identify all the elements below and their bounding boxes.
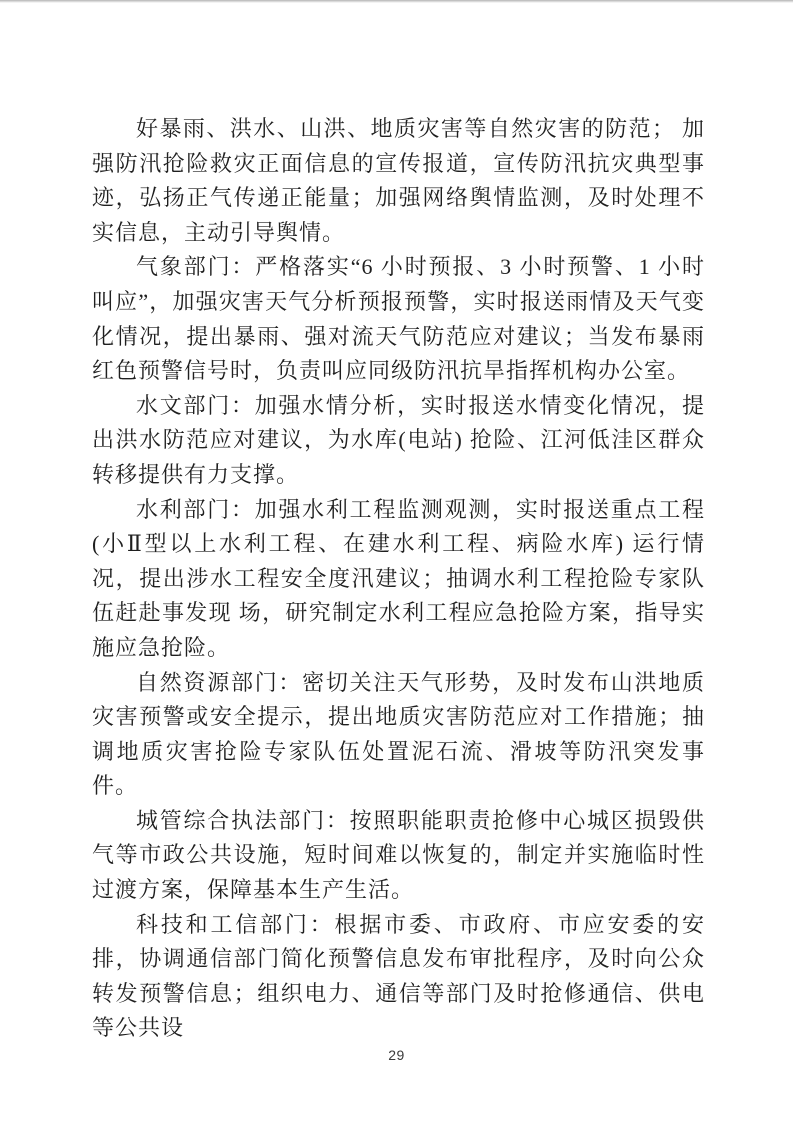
document-page: 好暴雨、洪水、山洪、地质灾害等自然灾害的防范； 加强防汛抢险救灾正面信息的宣传报… (0, 0, 793, 1121)
paragraph-science-tech-it-department: 科技和工信部门：根据市委、市政府、市应安委的安排，协调通信部门简化预警信息发布审… (92, 908, 705, 1046)
page-number: 29 (0, 1047, 793, 1063)
paragraph-water-resources-department: 水利部门：加强水利工程监测观测，实时报送重点工程(小Ⅱ型以上水利工程、在建水利工… (92, 493, 705, 666)
paragraph-continuation-disaster-prevention: 好暴雨、洪水、山洪、地质灾害等自然灾害的防范； 加强防汛抢险救灾正面信息的宣传报… (92, 112, 705, 250)
paragraph-meteorological-department: 气象部门：严格落实“6 小时预报、3 小时预警、1 小时叫应”，加强灾害天气分析… (92, 250, 705, 388)
paragraph-urban-management-department: 城管综合执法部门：按照职能职责抢修中心城区损毁供气等市政公共设施，短时间难以恢复… (92, 804, 705, 908)
document-body-text: 好暴雨、洪水、山洪、地质灾害等自然灾害的防范； 加强防汛抢险救灾正面信息的宣传报… (92, 112, 705, 1046)
paragraph-hydrology-department: 水文部门：加强水情分析，实时报送水情变化情况，提出洪水防范应对建议，为水库(电站… (92, 389, 705, 493)
scan-edge-artifact (0, 0, 793, 3)
paragraph-natural-resources-department: 自然资源部门：密切关注天气形势，及时发布山洪地质灾害预警或安全提示，提出地质灾害… (92, 666, 705, 804)
